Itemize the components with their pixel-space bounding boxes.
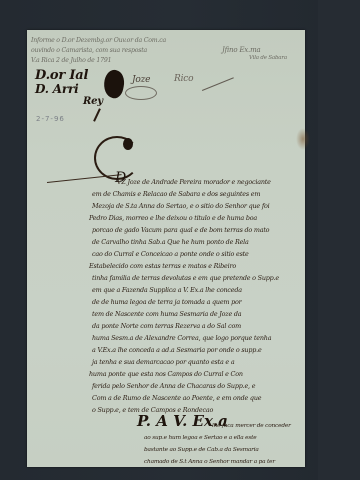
body-line-11: de de huma legoa de terra ja tomada a qu… — [92, 296, 242, 308]
co-signature-1: Joze — [132, 75, 150, 85]
body-line-17: huma ponte que esta nos Campos do Curral… — [89, 368, 243, 380]
closing-line-3: bastante ao Supp.e de Cab.a da Sesmaria — [144, 444, 259, 456]
paper-stain — [296, 128, 310, 150]
closing-line-1: lhe faca mercer de conceder — [212, 420, 291, 432]
document-viewer: Informe o D.or Dezembg.or Ouv.or da Com.… — [0, 0, 360, 480]
address-line-2: D. Arri — [35, 82, 78, 96]
body-line-3: Mezoja de S.ta Anna do Sertao, e o sitio… — [92, 200, 270, 212]
closing-line-2: ao sup.e hum legoa e Sertao e a ella est… — [144, 432, 256, 444]
signature-flourish — [125, 86, 157, 100]
ink-seal-blot — [101, 68, 126, 100]
signature-rubric — [198, 68, 234, 91]
manuscript-page: Informe o D.or Dezembg.or Ouv.or da Com.… — [27, 30, 305, 467]
header-note-line-1: Informe o D.or Dezembg.or Ouv.or da Com.… — [31, 37, 166, 45]
body-line-6: de Carvalho tinha Sab.a Que he hum ponto… — [92, 236, 249, 248]
body-line-13: da ponte Norte com terras Rezerva a do S… — [92, 320, 241, 332]
header-note-line-2: ouvindo o Camarista, com sua resposta — [31, 47, 147, 55]
body-line-1: VZ Joze de Andrade Pereira morador e neg… — [117, 176, 271, 188]
flourish-ink-blot — [123, 138, 133, 150]
address-line-1: D.or Ial — [35, 68, 88, 83]
body-line-8: Estabelecido com estas terras e matos e … — [89, 260, 236, 272]
body-line-14: huma Sesm.a de Alexandre Correa, que log… — [92, 332, 271, 344]
address-line-3: Rey — [83, 96, 103, 107]
archive-reference-mark: 2-7-96 — [36, 115, 65, 123]
header-note-line-3: V.a Rica 2 de Julho de 1791 — [31, 57, 111, 65]
body-line-15: a V.Ex.a lhe conceda a ad.a Sesmaria por… — [92, 344, 262, 356]
co-signature-2: Rico — [174, 74, 193, 84]
body-line-18: ferida pelo Senhor de Anna de Chacaras d… — [92, 380, 255, 392]
body-line-4: Pedro Dias, morreo e lhe deixou o titulo… — [89, 212, 257, 224]
seal-tail-stroke — [93, 108, 101, 122]
body-line-2: em de Chamis e Relacao de Sabara e dos s… — [92, 188, 260, 200]
body-line-7: cao do Curral e Conceicao a ponte onde o… — [92, 248, 249, 260]
body-line-10: em que a Fazenda Supplica a V. Ex.a lhe … — [92, 284, 242, 296]
body-line-5: porcao de gado Vacum para qual e de bom … — [92, 224, 269, 236]
closing-line-4: chamado de S.t Anna o Senhor mandar a pa… — [144, 456, 275, 467]
header-right-note-2: Vila de Sabara — [249, 54, 287, 62]
viewer-background-margin — [318, 0, 360, 480]
header-right-note-1: Jfino Ex.ma — [222, 46, 260, 54]
body-line-12: tem de Nascente com huma Sesmaria de Joz… — [92, 308, 241, 320]
body-line-9: tinha familia de terras devolutas e em q… — [92, 272, 279, 284]
body-line-16: ja tenha e sua demarcacao por quanto est… — [92, 356, 234, 368]
body-line-19: Com a de Rumo de Nascente ao Poente, e e… — [92, 392, 261, 404]
